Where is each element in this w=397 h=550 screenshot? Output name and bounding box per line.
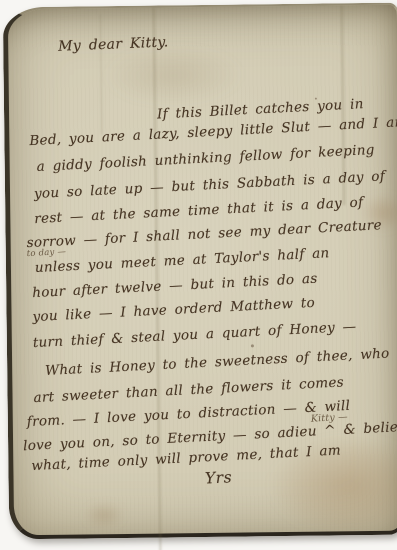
letter-line: a giddy foolish unthinking fellow for ke…: [36, 142, 375, 175]
paper-stain: [103, 45, 244, 107]
interline-insertion-today: to day —: [27, 247, 67, 259]
letter-signature: Yrs: [163, 466, 274, 489]
letter-paper: My dear Kitty. If this Billet catches yo…: [3, 3, 397, 540]
letter-photo: My dear Kitty. If this Billet catches yo…: [0, 0, 397, 550]
paper-stain: [84, 503, 124, 527]
letter-line: turn thief & steal you a quart of Honey …: [32, 319, 356, 351]
ink-speck: [251, 344, 254, 347]
letter-line: you like — I have orderd Matthew to: [32, 295, 315, 325]
fold-crease: [100, 14, 102, 134]
interline-insertion-kitty: Kitty —: [311, 412, 349, 425]
